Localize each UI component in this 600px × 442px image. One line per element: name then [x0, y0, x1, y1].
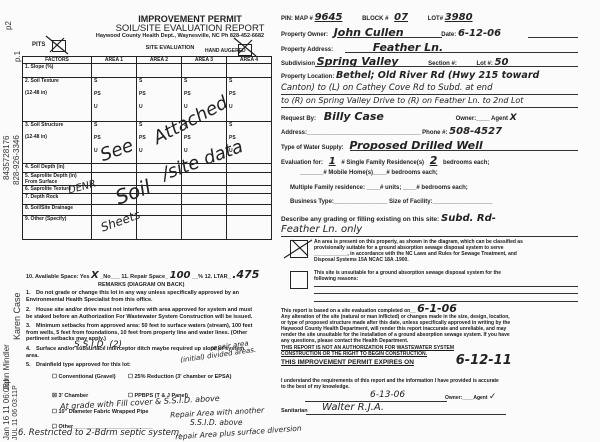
column-header: FACTORS	[23, 57, 92, 64]
table-row: 9. Other (Specify)	[23, 216, 272, 240]
repair-space-value[interactable]: 100	[170, 270, 191, 281]
fax-date-stamp: Jan 16 11 06:06p	[2, 379, 11, 440]
ltar-value[interactable]: .475	[232, 268, 259, 281]
warning-line-2: CONSTRUCTION OR THE RIGHT TO BEGIN CONST…	[281, 351, 427, 358]
grading-note-1[interactable]: Subd. Rd-	[441, 213, 496, 224]
grading-line: Describe any grading or filling existing…	[281, 213, 496, 224]
suitable-check-mark-icon	[282, 236, 314, 262]
handwritten-ssid: S.S.I.D. (2)	[74, 340, 122, 350]
requested-by[interactable]: Billy Case	[324, 110, 384, 123]
factor-label: 4. Soil Depth (in)	[23, 164, 92, 173]
table-header-row: FACTORS AREA 1 AREA 2 AREA 3 AREA 4	[23, 57, 272, 64]
evaluation-count[interactable]: 1	[329, 156, 336, 167]
option-25-reduction[interactable]: ☐ 25% Reduction (3' chamber or EPSA)	[128, 374, 231, 381]
remarks-heading: REMARKS (DIAGRAM ON BACK)	[98, 282, 184, 288]
column-header: AREA 4	[227, 57, 272, 64]
agent-mark[interactable]: X	[510, 113, 517, 123]
remark-2: 2.House site and/or drive must not inter…	[26, 307, 256, 320]
grading-note-2[interactable]: Feather Ln. only	[281, 224, 362, 235]
property-location-3[interactable]: to (R) on Spring Valley Drive to (R) on …	[281, 96, 523, 105]
pin-line: PIN: MAP # 9645 BLOCK # 07 LOT# 3980	[281, 12, 473, 23]
remark-1: 1.Do not grade or change this lot in any…	[26, 290, 256, 303]
agent-check-mark[interactable]: ✓	[489, 392, 497, 402]
table-row: 4. Soil Depth (in)	[23, 164, 272, 173]
owner-signature-date[interactable]: 6-13-06	[370, 390, 405, 400]
statement-text: I understand the requirements of this re…	[281, 378, 501, 390]
expiry-date[interactable]: 6-12-11	[456, 353, 512, 368]
fax-phone: 828-926-3346	[12, 135, 21, 185]
multiple-family-line: Multiple Family residence: ____# units; …	[290, 185, 468, 191]
remark-3: 3.Minimum setbacks from approved area: 5…	[26, 323, 256, 343]
factor-label: 7. Depth Rock	[23, 194, 92, 205]
unsuitable-checkbox[interactable]	[290, 271, 308, 289]
map-number[interactable]: 9645	[315, 12, 343, 23]
expiry-line: THIS IMPROVEMENT PERMIT EXPIRES ON 6-12-…	[281, 358, 512, 367]
sanitarian-signature[interactable]: Walter R.J.A.	[322, 402, 384, 413]
factor-label: 9. Other (Specify)	[23, 216, 92, 240]
hand-augered-check-mark-icon	[232, 36, 258, 58]
factor-label: 2. Soil Texture(12-48 in)	[23, 78, 92, 122]
block-number[interactable]: 07	[394, 12, 408, 23]
fax-sender-karen: Karen Case	[12, 292, 22, 340]
remark-5: 5.Drainfield type approved for this lot:	[26, 362, 131, 369]
option-conventional[interactable]: ☐ Conventional (Gravel)	[52, 374, 116, 381]
pits-check-mark-icon	[44, 34, 70, 56]
request-line: Request By: Billy Case Owner:____ Agent …	[281, 110, 517, 123]
table-row: 1. Slope (%)	[23, 64, 272, 78]
factor-label: 3. Soil Structure(12-48 in)	[23, 122, 92, 164]
property-location-1[interactable]: Bethel; Old River Rd (Hwy 215 toward	[336, 70, 539, 81]
column-header: AREA 1	[92, 57, 137, 64]
mobile-home-line: _______# Mobile Home(s)____# bedrooms ea…	[300, 170, 438, 176]
table-row: 2. Soil Texture(12-48 in) SPSU SPSU SPSU…	[23, 78, 272, 122]
unsuitable-text: This site is unsuitable for a ground abs…	[314, 270, 524, 282]
handwritten-item-6: 6. Restricted to 2-Bdrm septic system.	[18, 428, 182, 438]
sanitarian-label: Sanitarian	[281, 408, 308, 415]
page-number-p2: p2	[4, 21, 13, 30]
available-space-yes-mark[interactable]: X	[91, 270, 99, 281]
bedrooms-count[interactable]: 2	[430, 154, 438, 167]
address2-line: Address:________________________________…	[281, 126, 502, 137]
column-header: AREA 3	[182, 57, 227, 64]
column-header: AREA 2	[137, 57, 182, 64]
location-line: Property Location: Bethel; Old River Rd …	[281, 70, 539, 81]
evaluation-line: Evaluation for: 1 # Single Family Reside…	[281, 154, 489, 167]
factor-label: 8. Soil/Site Drainage	[23, 205, 92, 216]
table-row: 8. Soil/Site Drainage	[23, 205, 272, 216]
property-location-2[interactable]: Canton) to (L) on Cathey Cove Rd to Subd…	[281, 83, 492, 93]
factor-label: 1. Slope (%)	[23, 64, 92, 78]
handwritten-ssid-note: S.S.I.D. above	[190, 418, 242, 427]
option-3-chamber[interactable]: ☒ 3' Chamber	[52, 393, 88, 400]
signer-type: Owner:____Agent ✓	[445, 394, 496, 402]
fax-number: 8435728176	[2, 136, 11, 181]
validity-body: Any alteration of the site (natural or m…	[281, 314, 511, 344]
available-space-line: 10. Available Space: Yes X _No___ 11. Re…	[26, 268, 259, 281]
page-number-p1: p.1	[13, 51, 22, 62]
business-type-line: Business Type:________________ Size of F…	[290, 199, 493, 205]
lot-number[interactable]: 3980	[445, 12, 473, 23]
phone-number[interactable]: 508-4527	[449, 126, 502, 137]
suitable-text: An area is present on this property, as …	[314, 239, 539, 263]
report-date[interactable]: 6-12-06	[458, 28, 501, 39]
department-line: Haywood County Health Dept., Waynesville…	[60, 33, 300, 39]
